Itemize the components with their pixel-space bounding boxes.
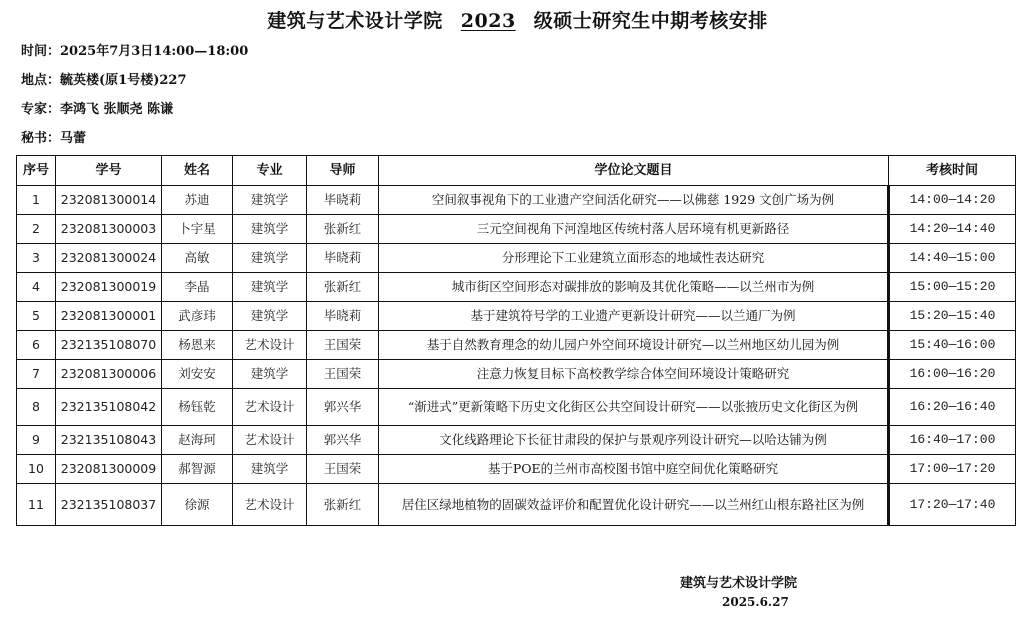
cell-time: 14:20—14:40	[889, 215, 1016, 244]
cell-major: 建筑学	[233, 215, 307, 244]
cell-major: 建筑学	[233, 302, 307, 331]
cell-time: 14:00—14:20	[889, 186, 1016, 215]
cell-student-id: 232081300001	[56, 302, 162, 331]
table-row: 3 232081300024 高敏 建筑学 毕晓莉 分形理论下工业建筑立面形态的…	[17, 244, 1016, 273]
table-row: 2 232081300003 卜宇星 建筑学 张新红 三元空间视角下河湟地区传统…	[17, 215, 1016, 244]
cell-no: 7	[17, 360, 56, 389]
cell-name: 杨恩来	[162, 331, 233, 360]
time-value: 2025年7月3日14:00—18:00	[60, 44, 248, 59]
cell-time: 15:40—16:00	[889, 331, 1016, 360]
cell-advisor: 郭兴华	[307, 426, 379, 455]
cell-thesis: 基于POE的兰州市高校图书馆中庭空间优化策略研究	[379, 455, 889, 484]
cell-time: 16:20—16:40	[889, 389, 1016, 426]
table-row: 7 232081300006 刘安安 建筑学 王国荣 注意力恢复目标下高校教学综…	[17, 360, 1016, 389]
cell-student-id: 232081300019	[56, 273, 162, 302]
cell-no: 10	[17, 455, 56, 484]
cell-name: 杨钰乾	[162, 389, 233, 426]
cell-no: 5	[17, 302, 56, 331]
cell-thesis: “渐进式”更新策略下历史文化街区公共空间设计研究——以张掖历史文化街区为例	[379, 389, 889, 426]
cell-advisor: 毕晓莉	[307, 186, 379, 215]
table-row: 9 232135108043 赵海珂 艺术设计 郭兴华 文化线路理论下长征甘肃段…	[17, 426, 1016, 455]
cell-time: 17:00—17:20	[889, 455, 1016, 484]
cell-no: 6	[17, 331, 56, 360]
cell-name: 苏迪	[162, 186, 233, 215]
table-header-row: 序号 学号 姓名 专业 导师 学位论文题目 考核时间	[17, 156, 1016, 186]
cell-advisor: 王国荣	[307, 360, 379, 389]
cell-student-id: 232081300024	[56, 244, 162, 273]
meta-location: 地点：毓英楼(原1号楼)227	[21, 69, 187, 88]
meta-time: 时间：2025年7月3日14:00—18:00	[21, 40, 248, 59]
cell-no: 11	[17, 484, 56, 526]
cell-time: 15:20—15:40	[889, 302, 1016, 331]
cell-student-id: 232135108043	[56, 426, 162, 455]
meta-experts: 专家：李鸿飞 张顺尧 陈谦	[21, 98, 173, 117]
title-year: 2023	[443, 10, 534, 32]
cell-name: 武彦玮	[162, 302, 233, 331]
cell-major: 艺术设计	[233, 484, 307, 526]
cell-major: 建筑学	[233, 244, 307, 273]
cell-major: 艺术设计	[233, 389, 307, 426]
cell-name: 卜宇星	[162, 215, 233, 244]
cell-name: 高敏	[162, 244, 233, 273]
header-major: 专业	[233, 156, 307, 186]
secretary-value: 马蕾	[60, 131, 86, 146]
header-thesis-title: 学位论文题目	[379, 156, 889, 186]
cell-no: 3	[17, 244, 56, 273]
cell-advisor: 张新红	[307, 273, 379, 302]
cell-student-id: 232135108037	[56, 484, 162, 526]
meta-secretary: 秘书：马蕾	[21, 127, 86, 146]
secretary-label: 秘书：	[21, 131, 60, 146]
cell-no: 2	[17, 215, 56, 244]
cell-no: 1	[17, 186, 56, 215]
header-exam-time: 考核时间	[889, 156, 1016, 186]
table-row: 6 232135108070 杨恩来 艺术设计 王国荣 基于自然教育理念的幼儿园…	[17, 331, 1016, 360]
cell-advisor: 张新红	[307, 215, 379, 244]
cell-advisor: 王国荣	[307, 455, 379, 484]
table-row: 11 232135108037 徐源 艺术设计 张新红 居住区绿地植物的固碳效益…	[17, 484, 1016, 526]
cell-advisor: 毕晓莉	[307, 244, 379, 273]
title-prefix: 建筑与艺术设计学院	[267, 10, 443, 32]
table-row: 1 232081300014 苏迪 建筑学 毕晓莉 空间叙事视角下的工业遗产空间…	[17, 186, 1016, 215]
cell-major: 艺术设计	[233, 426, 307, 455]
cell-advisor: 郭兴华	[307, 389, 379, 426]
cell-time: 17:20—17:40	[889, 484, 1016, 526]
cell-student-id: 232081300009	[56, 455, 162, 484]
cell-name: 徐源	[162, 484, 233, 526]
cell-thesis: 分形理论下工业建筑立面形态的地域性表达研究	[379, 244, 889, 273]
cell-thesis: 城市街区空间形态对碳排放的影响及其优化策略——以兰州市为例	[379, 273, 889, 302]
cell-name: 刘安安	[162, 360, 233, 389]
header-no: 序号	[17, 156, 56, 186]
schedule-table: 序号 学号 姓名 专业 导师 学位论文题目 考核时间 1 23208130001…	[16, 155, 1016, 526]
cell-thesis: 三元空间视角下河湟地区传统村落人居环境有机更新路径	[379, 215, 889, 244]
cell-time: 16:40—17:00	[889, 426, 1016, 455]
location-value: 毓英楼(原1号楼)227	[60, 73, 186, 88]
cell-no: 8	[17, 389, 56, 426]
footer-organization: 建筑与艺术设计学院	[680, 572, 797, 591]
cell-advisor: 毕晓莉	[307, 302, 379, 331]
cell-time: 14:40—15:00	[889, 244, 1016, 273]
page-title: 建筑与艺术设计学院2023级硕士研究生中期考核安排	[0, 6, 1035, 33]
cell-student-id: 232081300006	[56, 360, 162, 389]
cell-thesis: 文化线路理论下长征甘肃段的保护与景观序列设计研究—以哈达铺为例	[379, 426, 889, 455]
header-student-id: 学号	[56, 156, 162, 186]
cell-no: 4	[17, 273, 56, 302]
title-suffix: 级硕士研究生中期考核安排	[534, 10, 768, 32]
cell-thesis: 基于建筑符号学的工业遗产更新设计研究——以兰通厂为例	[379, 302, 889, 331]
cell-time: 16:00—16:20	[889, 360, 1016, 389]
cell-advisor: 王国荣	[307, 331, 379, 360]
header-name: 姓名	[162, 156, 233, 186]
time-label: 时间：	[21, 44, 60, 59]
location-label: 地点：	[21, 73, 60, 88]
cell-advisor: 张新红	[307, 484, 379, 526]
experts-value: 李鸿飞 张顺尧 陈谦	[60, 102, 173, 117]
cell-time: 15:00—15:20	[889, 273, 1016, 302]
cell-no: 9	[17, 426, 56, 455]
cell-name: 李晶	[162, 273, 233, 302]
table-row: 4 232081300019 李晶 建筑学 张新红 城市街区空间形态对碳排放的影…	[17, 273, 1016, 302]
cell-name: 郝智源	[162, 455, 233, 484]
table-row: 10 232081300009 郝智源 建筑学 王国荣 基于POE的兰州市高校图…	[17, 455, 1016, 484]
cell-major: 艺术设计	[233, 331, 307, 360]
cell-thesis: 基于自然教育理念的幼儿园户外空间环境设计研究—以兰州地区幼儿园为例	[379, 331, 889, 360]
cell-student-id: 232081300003	[56, 215, 162, 244]
footer-date: 2025.6.27	[722, 595, 789, 609]
table-row: 8 232135108042 杨钰乾 艺术设计 郭兴华 “渐进式”更新策略下历史…	[17, 389, 1016, 426]
header-advisor: 导师	[307, 156, 379, 186]
cell-student-id: 232135108070	[56, 331, 162, 360]
cell-major: 建筑学	[233, 360, 307, 389]
cell-student-id: 232135108042	[56, 389, 162, 426]
cell-major: 建筑学	[233, 186, 307, 215]
cell-name: 赵海珂	[162, 426, 233, 455]
experts-label: 专家：	[21, 102, 60, 117]
cell-major: 建筑学	[233, 273, 307, 302]
table-row: 5 232081300001 武彦玮 建筑学 毕晓莉 基于建筑符号学的工业遗产更…	[17, 302, 1016, 331]
cell-thesis: 空间叙事视角下的工业遗产空间活化研究——以佛慈 1929 文创广场为例	[379, 186, 889, 215]
cell-thesis: 注意力恢复目标下高校教学综合体空间环境设计策略研究	[379, 360, 889, 389]
cell-student-id: 232081300014	[56, 186, 162, 215]
cell-major: 建筑学	[233, 455, 307, 484]
cell-thesis: 居住区绿地植物的固碳效益评价和配置优化设计研究——以兰州红山根东路社区为例	[379, 484, 889, 526]
